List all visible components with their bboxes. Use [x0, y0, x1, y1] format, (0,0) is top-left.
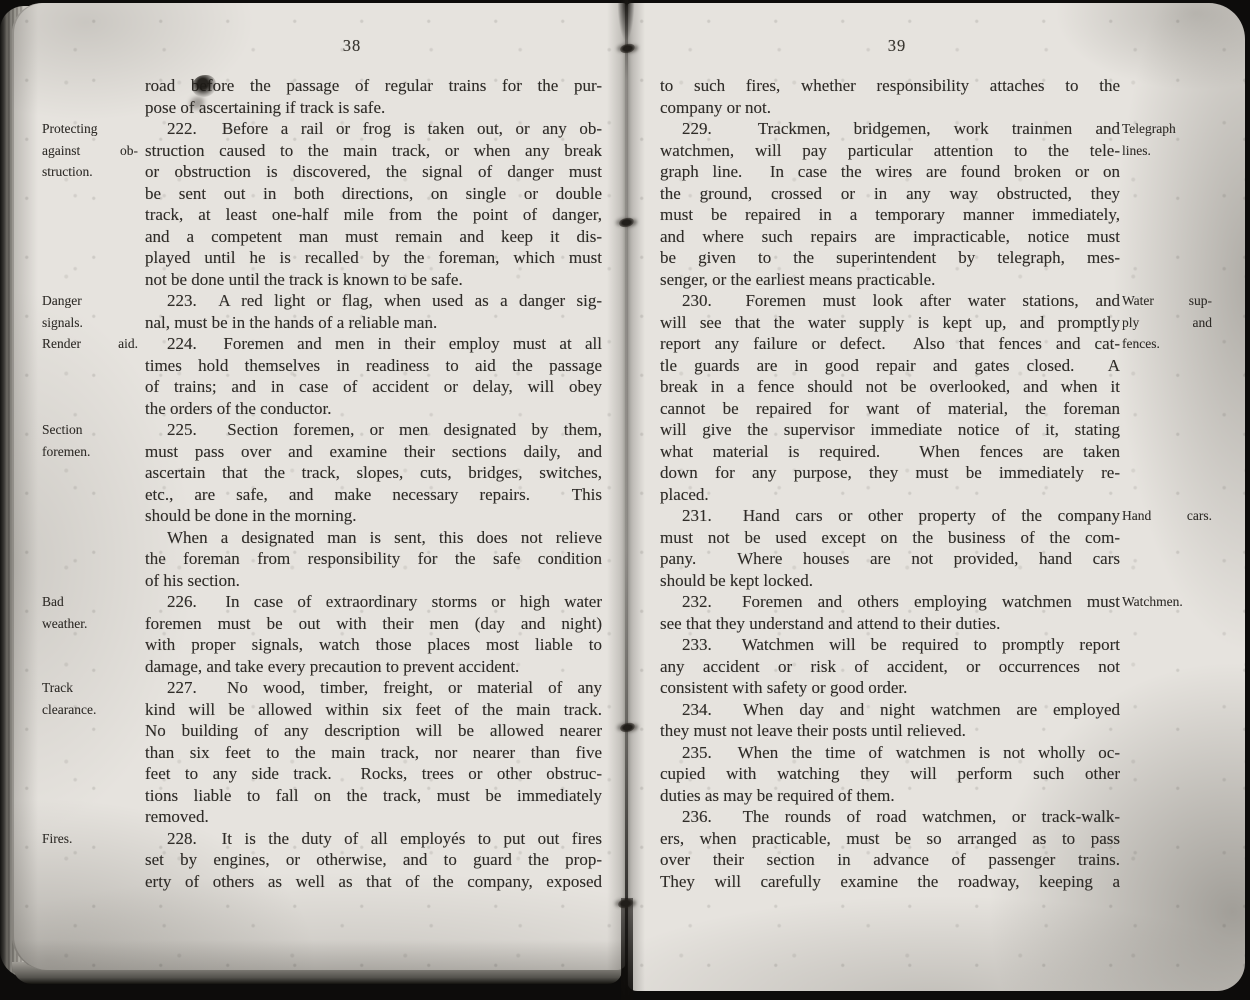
- page-number-left: 38: [312, 36, 392, 56]
- margin-note: Hand cars.: [1122, 505, 1212, 591]
- text-line: track, at least one-half mile from the p…: [145, 204, 602, 226]
- margin-note-line: against ob-: [42, 140, 138, 162]
- margin-note: [1122, 634, 1212, 699]
- margin-note-line: lines.: [1122, 140, 1212, 162]
- margin-note: [1122, 806, 1212, 892]
- text-line: 225. Section foremen, or men designated …: [145, 419, 602, 441]
- margin-note: Protectingagainst ob-struction.: [42, 118, 138, 290]
- paragraph: 234. When day and night watchmen are emp…: [660, 699, 1120, 742]
- text-line: erty of others as well as that of the co…: [145, 871, 602, 893]
- text-line: to such fires, whether responsibility at…: [660, 75, 1120, 97]
- text-line: be sent out in both directions, on singl…: [145, 183, 602, 205]
- text-line: must be repaired in a temporary manner i…: [660, 204, 1120, 226]
- page-content: to such fires, whether responsibility at…: [660, 75, 1212, 892]
- paragraph: When a designated man is sent, this does…: [145, 527, 602, 592]
- margin-note: Fires.: [42, 828, 138, 893]
- text-line: graph line. In case the wires are found …: [660, 161, 1120, 183]
- text-line: etc., are safe, and make necessary repai…: [145, 484, 602, 506]
- text-line: down for any purpose, they must be immed…: [660, 462, 1120, 484]
- text-line: with proper signals, watch those places …: [145, 634, 602, 656]
- text-line: the ground, crossed or in any way obstru…: [660, 183, 1120, 205]
- margin-note-line: Render aid.: [42, 333, 138, 355]
- margin-note-line: Track: [42, 677, 138, 699]
- margin-note-line: fences.: [1122, 333, 1212, 355]
- text-line: senger, or the earliest means practicabl…: [660, 269, 1120, 291]
- text-line: cupied with watching they will perform s…: [660, 763, 1120, 785]
- text-line: not be done until the track is known to …: [145, 269, 602, 291]
- text-line: over their section in advance of passeng…: [660, 849, 1120, 871]
- margin-note-line: Hand cars.: [1122, 505, 1212, 527]
- margin-note: [1122, 742, 1212, 807]
- text-line: They will carefully examine the roadway,…: [660, 871, 1120, 893]
- text-line: When a designated man is sent, this does…: [145, 527, 602, 549]
- text-line: of his section.: [145, 570, 602, 592]
- margin-note: Trackclearance.: [42, 677, 138, 828]
- margin-note-line: Water sup-: [1122, 290, 1212, 312]
- paragraph: 222. Before a rail or frog is taken out,…: [145, 118, 602, 290]
- text-line: 231. Hand cars or other property of the …: [660, 505, 1120, 527]
- text-line: must pass over and examine their section…: [145, 441, 602, 463]
- paragraph: 228. It is the duty of all employés to p…: [145, 828, 602, 893]
- text-line: will give the supervisor immediate notic…: [660, 419, 1120, 441]
- text-line: pose of ascertaining if track is safe.: [145, 97, 602, 119]
- margin-note: [42, 75, 138, 118]
- text-line: kind will be allowed within six feet of …: [145, 699, 602, 721]
- paragraph: 224. Foremen and men in their employ mus…: [145, 333, 602, 419]
- margin-note-line: Protecting: [42, 118, 138, 140]
- text-line: and a competent man must remain and keep…: [145, 226, 602, 248]
- text-line: 226. In case of extraordinary storms or …: [145, 591, 602, 613]
- text-line: 222. Before a rail or frog is taken out,…: [145, 118, 602, 140]
- margin-note-line: signals.: [42, 312, 138, 334]
- margin-note-line: Fires.: [42, 828, 138, 850]
- text-line: duties as may be required of them.: [660, 785, 1120, 807]
- text-line: set by engines, or otherwise, and to gua…: [145, 849, 602, 871]
- text-line: times hold themselves in readiness to ai…: [145, 355, 602, 377]
- text-line: report any failure or defect. Also that …: [660, 333, 1120, 355]
- paragraph: 232. Foremen and others employing watchm…: [660, 591, 1120, 634]
- margin-note: Telegraphlines.: [1122, 118, 1212, 290]
- margin-note: [1122, 75, 1212, 118]
- text-line: see that they understand and attend to t…: [660, 613, 1120, 635]
- text-line: 228. It is the duty of all employés to p…: [145, 828, 602, 850]
- paragraph: 231. Hand cars or other property of the …: [660, 505, 1120, 591]
- text-line: should be done in the morning.: [145, 505, 602, 527]
- book-page-left: 38 road before the passage of regular tr…: [12, 3, 627, 970]
- margin-note: [1122, 699, 1212, 742]
- margin-note-line: Danger: [42, 290, 138, 312]
- text-line: pany. Where houses are not provided, han…: [660, 548, 1120, 570]
- paragraph: 229. Trackmen, bridgemen, work trainmen …: [660, 118, 1120, 290]
- scanned-book-spread: 38 road before the passage of regular tr…: [0, 0, 1250, 1000]
- margin-note-line: foremen.: [42, 441, 138, 463]
- text-line: must not be used except on the business …: [660, 527, 1120, 549]
- paragraph: 230. Foremen must look after water stati…: [660, 290, 1120, 505]
- text-line: consistent with safety or good order.: [660, 677, 1120, 699]
- margin-note: Badweather.: [42, 591, 138, 677]
- text-line: than six feet to the main track, nor nea…: [145, 742, 602, 764]
- text-line: break in a fence should not be overlooke…: [660, 376, 1120, 398]
- text-line: 229. Trackmen, bridgemen, work trainmen …: [660, 118, 1120, 140]
- page-content: road before the passage of regular train…: [42, 75, 602, 892]
- text-line: nal, must be in the hands of a reliable …: [145, 312, 602, 334]
- margin-note-line: Watchmen.: [1122, 591, 1212, 613]
- text-line: struction caused to the main track, or w…: [145, 140, 602, 162]
- margin-note: [42, 527, 138, 592]
- margin-note-line: Telegraph: [1122, 118, 1212, 140]
- margin-note-line: weather.: [42, 613, 138, 635]
- text-line: company or not.: [660, 97, 1120, 119]
- margin-note-line: ply and: [1122, 312, 1212, 334]
- text-line: 234. When day and night watchmen are emp…: [660, 699, 1120, 721]
- page-number-right: 39: [857, 36, 937, 56]
- text-line: played until he is recalled by the forem…: [145, 247, 602, 269]
- text-line: be given to the superintendent by telegr…: [660, 247, 1120, 269]
- text-line: any accident or risk of accident, or occ…: [660, 656, 1120, 678]
- ink-smudge: [192, 75, 216, 97]
- text-line: damage, and take every precaution to pre…: [145, 656, 602, 678]
- text-line: 236. The rounds of road watchmen, or tra…: [660, 806, 1120, 828]
- text-line: removed.: [145, 806, 602, 828]
- text-line: No building of any description will be a…: [145, 720, 602, 742]
- text-line: tions liable to fall on the track, must …: [145, 785, 602, 807]
- text-line: or obstruction is discovered, the signal…: [145, 161, 602, 183]
- margin-note-line: clearance.: [42, 699, 138, 721]
- text-line: the orders of the conductor.: [145, 398, 602, 420]
- margin-note-line: Section: [42, 419, 138, 441]
- text-line: 230. Foremen must look after water stati…: [660, 290, 1120, 312]
- text-line: ascertain that the track, slopes, cuts, …: [145, 462, 602, 484]
- text-line: 223. A red light or flag, when used as a…: [145, 290, 602, 312]
- gutter-fold-line: [625, 0, 628, 1000]
- text-line: cannot be repaired for want of material,…: [660, 398, 1120, 420]
- text-line: 235. When the time of watchmen is not wh…: [660, 742, 1120, 764]
- paragraph: 236. The rounds of road watchmen, or tra…: [660, 806, 1120, 892]
- margin-note: Water sup-ply andfences.: [1122, 290, 1212, 505]
- text-line: tle guards are in good repair and gates …: [660, 355, 1120, 377]
- paragraph: 233. Watchmen will be required to prompt…: [660, 634, 1120, 699]
- book-page-right: 39 to such fires, whether responsibility…: [627, 3, 1245, 991]
- margin-note-line: Bad: [42, 591, 138, 613]
- text-line: feet to any side track. Rocks, trees or …: [145, 763, 602, 785]
- margin-note: Dangersignals.: [42, 290, 138, 333]
- paragraph: 226. In case of extraordinary storms or …: [145, 591, 602, 677]
- paragraph: 225. Section foremen, or men designated …: [145, 419, 602, 527]
- text-line: of trains; and in case of accident or de…: [145, 376, 602, 398]
- text-line: what material is required. When fences a…: [660, 441, 1120, 463]
- text-line: should be kept locked.: [660, 570, 1120, 592]
- margin-note: Watchmen.: [1122, 591, 1212, 634]
- paragraph: 235. When the time of watchmen is not wh…: [660, 742, 1120, 807]
- text-line: and where such repairs are impracticable…: [660, 226, 1120, 248]
- text-line: the foreman from responsibility for the …: [145, 548, 602, 570]
- text-line: 227. No wood, timber, freight, or materi…: [145, 677, 602, 699]
- margin-note-line: struction.: [42, 161, 138, 183]
- margin-note: Render aid.: [42, 333, 138, 419]
- paragraph: 227. No wood, timber, freight, or materi…: [145, 677, 602, 828]
- text-line: foremen must be out with their men (day …: [145, 613, 602, 635]
- text-line: placed.: [660, 484, 1120, 506]
- paragraph: to such fires, whether responsibility at…: [660, 75, 1120, 118]
- text-line: will see that the water supply is kept u…: [660, 312, 1120, 334]
- paragraph: 223. A red light or flag, when used as a…: [145, 290, 602, 333]
- text-line: 232. Foremen and others employing watchm…: [660, 591, 1120, 613]
- text-line: ers, when practicable, must be so arrang…: [660, 828, 1120, 850]
- text-line: 224. Foremen and men in their employ mus…: [145, 333, 602, 355]
- text-line: watchmen, will pay particular attention …: [660, 140, 1120, 162]
- margin-note: Sectionforemen.: [42, 419, 138, 527]
- text-line: 233. Watchmen will be required to prompt…: [660, 634, 1120, 656]
- text-line: they must not leave their posts until re…: [660, 720, 1120, 742]
